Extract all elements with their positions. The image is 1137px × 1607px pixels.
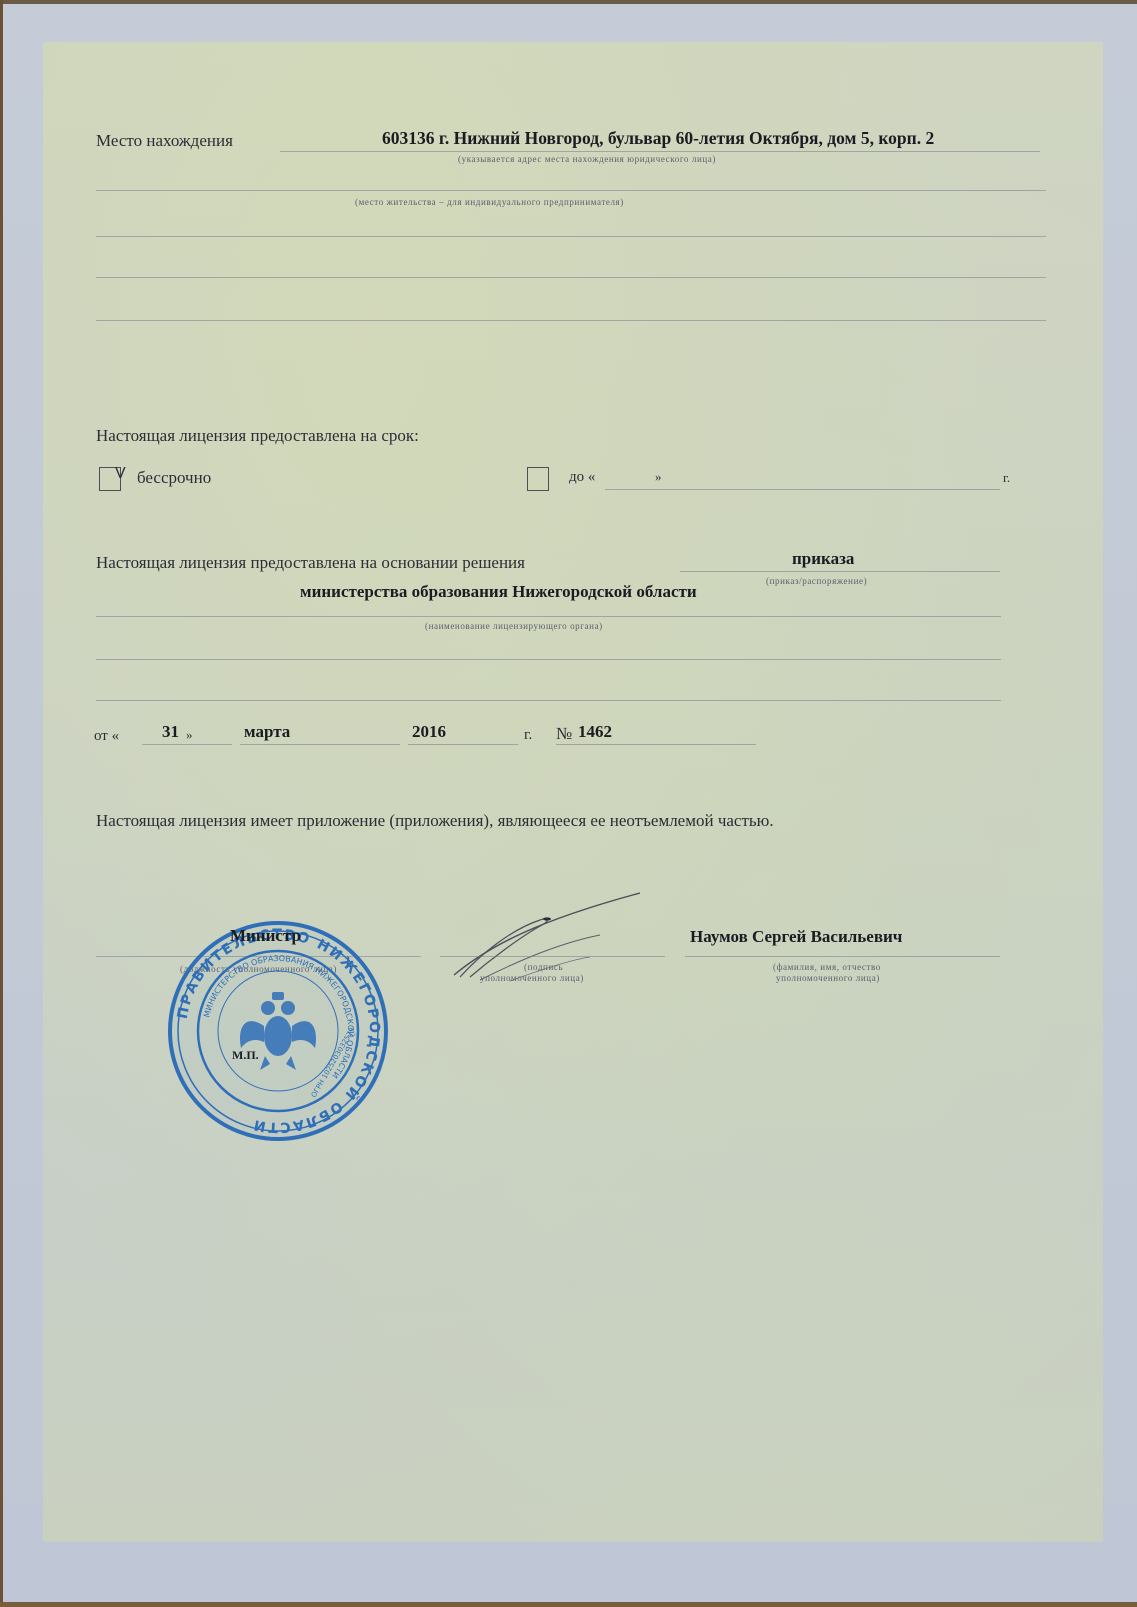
term-option-until: до « [569,469,595,486]
number-prefix: № [556,724,572,744]
authority-value: министерства образования Нижегородской о… [300,582,697,602]
signatory-name: Наумов Сергей Васильевич [690,927,902,947]
location-caption-legal: (указывается адрес места нахождения юрид… [458,154,716,164]
date-day-close: » [186,727,193,743]
year-line [408,744,518,745]
decision-type-value: приказа [792,549,854,569]
checkbox-until-date[interactable] [527,467,549,491]
license-order-number: 1462 [578,722,612,742]
date-month: марта [244,722,290,742]
signature-caption-line1: (подпись [524,962,563,972]
location-underline [280,151,1040,152]
date-day: 31 [162,722,179,742]
date-year: 2016 [412,722,446,742]
form-line [96,190,1046,191]
location-label: Место нахождения [96,131,233,151]
until-date-line [605,489,1000,490]
official-seal-icon: ПРАВИТЕЛЬСТВО НИЖЕГОРОДСКОЙ ОБЛАСТИ МИНИ… [165,918,391,1144]
form-line [96,320,1046,321]
name-line [685,956,1000,957]
stamp-mark: М.П. [232,1048,259,1063]
term-option-unlimited: бессрочно [137,468,211,488]
signature-line [440,956,665,957]
form-line [96,277,1046,278]
appendix-note: Настоящая лицензия имеет приложение (при… [96,811,774,831]
signatory-position: Министр [230,926,301,946]
name-caption-line2: уполномоченного лица) [776,973,880,983]
term-label: Настоящая лицензия предоставлена на срок… [96,426,419,446]
decision-type-line [680,571,1000,572]
basis-label: Настоящая лицензия предоставлена на осно… [96,553,525,573]
date-prefix: от « [94,728,119,745]
location-value: 603136 г. Нижний Новгород, бульвар 60-ле… [382,128,934,149]
location-caption-individual: (место жительства – для индивидуального … [355,197,624,207]
form-line [96,700,1001,701]
date-year-suffix: г. [524,727,532,744]
decision-type-caption: (приказ/распоряжение) [766,576,867,586]
check-mark-icon: V [115,465,126,483]
signature-caption-line2: уполномоченного лица) [480,973,584,983]
form-line [96,236,1046,237]
month-line [240,744,400,745]
day-line [142,744,232,745]
form-line [96,659,1001,660]
authority-line [96,616,1001,617]
name-caption-line1: (фамилия, имя, отчество [773,962,881,972]
term-year-suffix: г. [1003,470,1010,486]
license-document: Место нахождения 603136 г. Нижний Новгор… [0,0,1137,1607]
number-line [556,744,756,745]
term-until-quote-close: » [655,469,662,485]
authority-caption: (наименование лицензирующего органа) [425,621,603,631]
